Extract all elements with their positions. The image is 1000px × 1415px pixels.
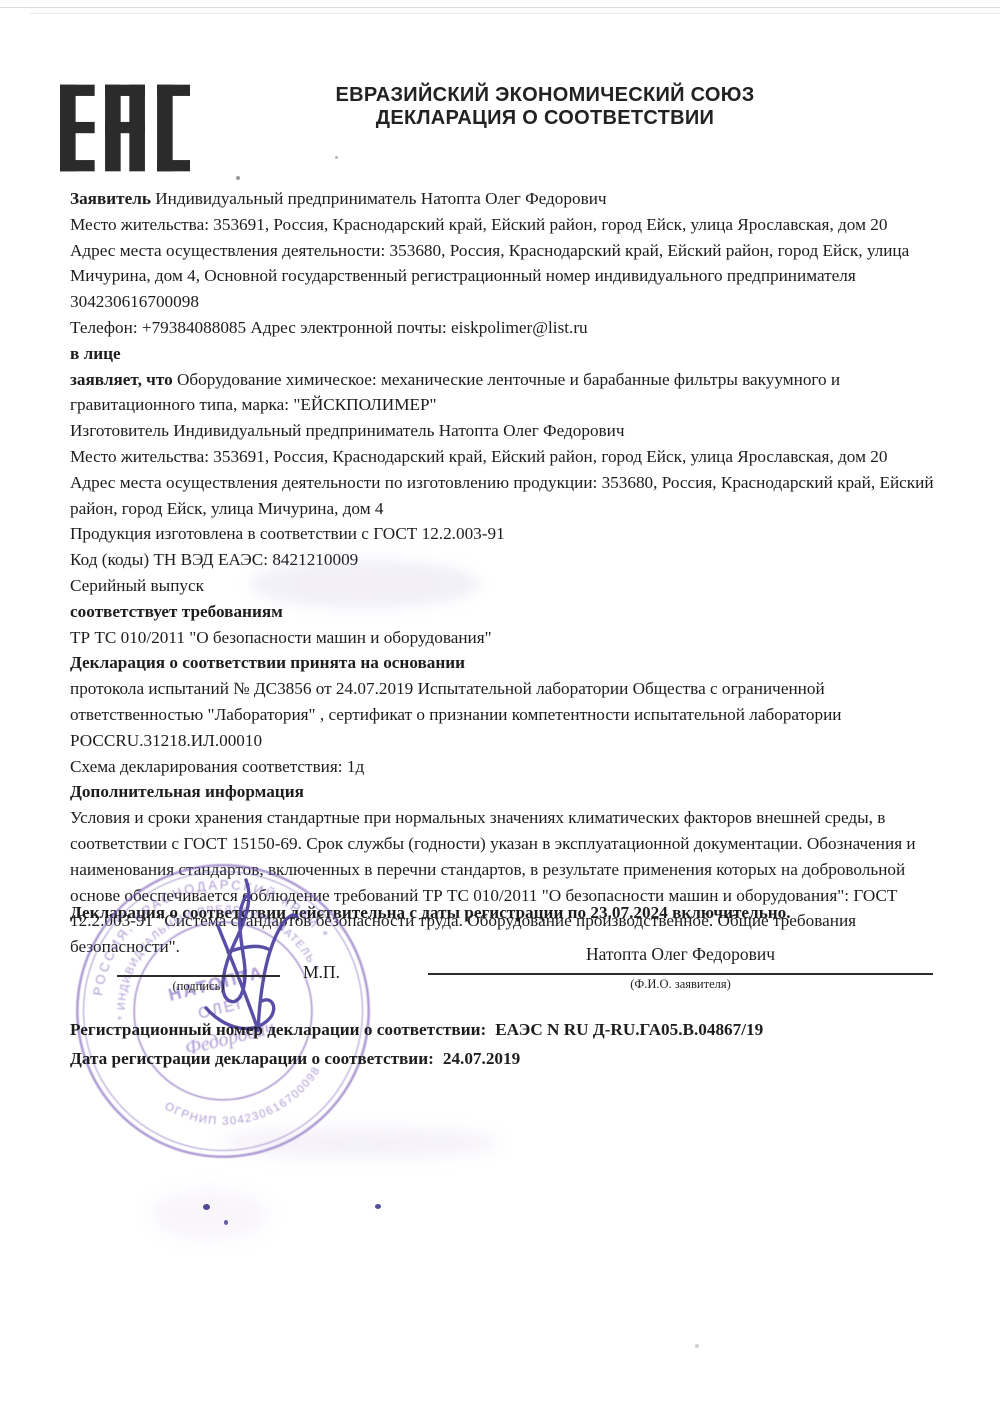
scan-edge-line [30,13,1000,14]
paragraph-meets-requirements: соответствует требованиям [70,599,938,625]
paragraph-residence: Место жительства: 353691, Россия, Красно… [70,212,938,238]
paragraph-additional-info-heading: Дополнительная информация [70,779,938,805]
registration-date-value: 24.07.2019 [443,1049,520,1068]
title-line-2: ДЕКЛАРАЦИЯ О СООТВЕТСТВИИ [160,107,930,130]
ink-speck [224,1220,228,1225]
paragraph-scheme: Схема декларирования соответствия: 1д [70,754,938,780]
svg-text:ОГРНИП 304230616700098: ОГРНИП 304230616700098 [160,1062,331,1144]
paragraph-production-address: Адрес места осуществления деятельности п… [70,470,938,522]
document-body: Заявитель Индивидуальный предприниматель… [70,186,938,960]
stamp-center-firstname: ОЛЕГ [197,994,249,1022]
document-title: ЕВРАЗИЙСКИЙ ЭКОНОМИЧЕСКИЙ СОЮЗ ДЕКЛАРАЦИ… [160,84,930,130]
scan-edge-line [0,7,1000,8]
registration-number-line: Регистрационный номер декларации о соотв… [70,1020,960,1040]
fio-caption: (Ф.И.О. заявителя) [428,977,933,992]
scan-speck [335,156,338,159]
paragraph-manufacturer: Изготовитель Индивидуальный предпринимат… [70,418,938,444]
paragraph-accepted-basis: Декларация о соответствии принята на осн… [70,650,938,676]
validity-statement: Декларация о соответствии действительна … [70,901,950,925]
title-line-1: ЕВРАЗИЙСКИЙ ЭКОНОМИЧЕСКИЙ СОЮЗ [160,84,930,107]
paragraph-in-person: в лице [70,341,938,367]
fio-line [428,973,933,975]
registration-number-label: Регистрационный номер декларации о соотв… [70,1020,486,1039]
applicant-fio: Натопта Олег Федорович [428,944,933,965]
ink-speck [375,1204,381,1209]
paragraph-additional-info: Условия и сроки хранения стандартные при… [70,805,938,960]
stamp-ring-bottom-text: ОГРНИП 304230616700098 [160,1062,331,1144]
signature-caption: (подпись) [117,979,280,994]
registration-number-value: ЕАЭС N RU Д-RU.ГА05.В.04867/19 [495,1020,763,1039]
paragraph-gost: Продукция изготовлена в соответствии с Г… [70,521,938,547]
paragraph-contacts: Телефон: +79384088085 Адрес электронной … [70,315,938,341]
ink-speck [203,1204,210,1210]
paragraph-applicant: Заявитель Индивидуальный предприниматель… [70,186,938,212]
ink-smudge [150,1190,270,1240]
paragraph-serial: Серийный выпуск [70,573,938,599]
registration-date-label: Дата регистрации декларации о соответств… [70,1049,434,1068]
scan-speck [695,1344,699,1348]
paragraph-activity-address: Адрес места осуществления деятельности: … [70,238,938,315]
paragraph-test-protocol: протокола испытаний № ДС3856 от 24.07.20… [70,676,938,753]
declaration-document: ЕВРАЗИЙСКИЙ ЭКОНОМИЧЕСКИЙ СОЮЗ ДЕКЛАРАЦИ… [0,0,1000,1415]
paragraph-tr-ts: ТР ТС 010/2011 "О безопасности машин и о… [70,625,938,651]
paragraph-manufacturer-residence: Место жительства: 353691, Россия, Красно… [70,444,938,470]
scan-speck [236,176,240,180]
ink-smudge [220,1128,500,1158]
registration-date-line: Дата регистрации декларации о соответств… [70,1049,960,1069]
seal-place-label: М.П. [303,962,340,983]
paragraph-declares: заявляет, что Оборудование химическое: м… [70,367,938,419]
paragraph-tnved-code: Код (коды) ТН ВЭД ЕАЭС: 8421210009 [70,547,938,573]
signature-line [117,975,280,977]
